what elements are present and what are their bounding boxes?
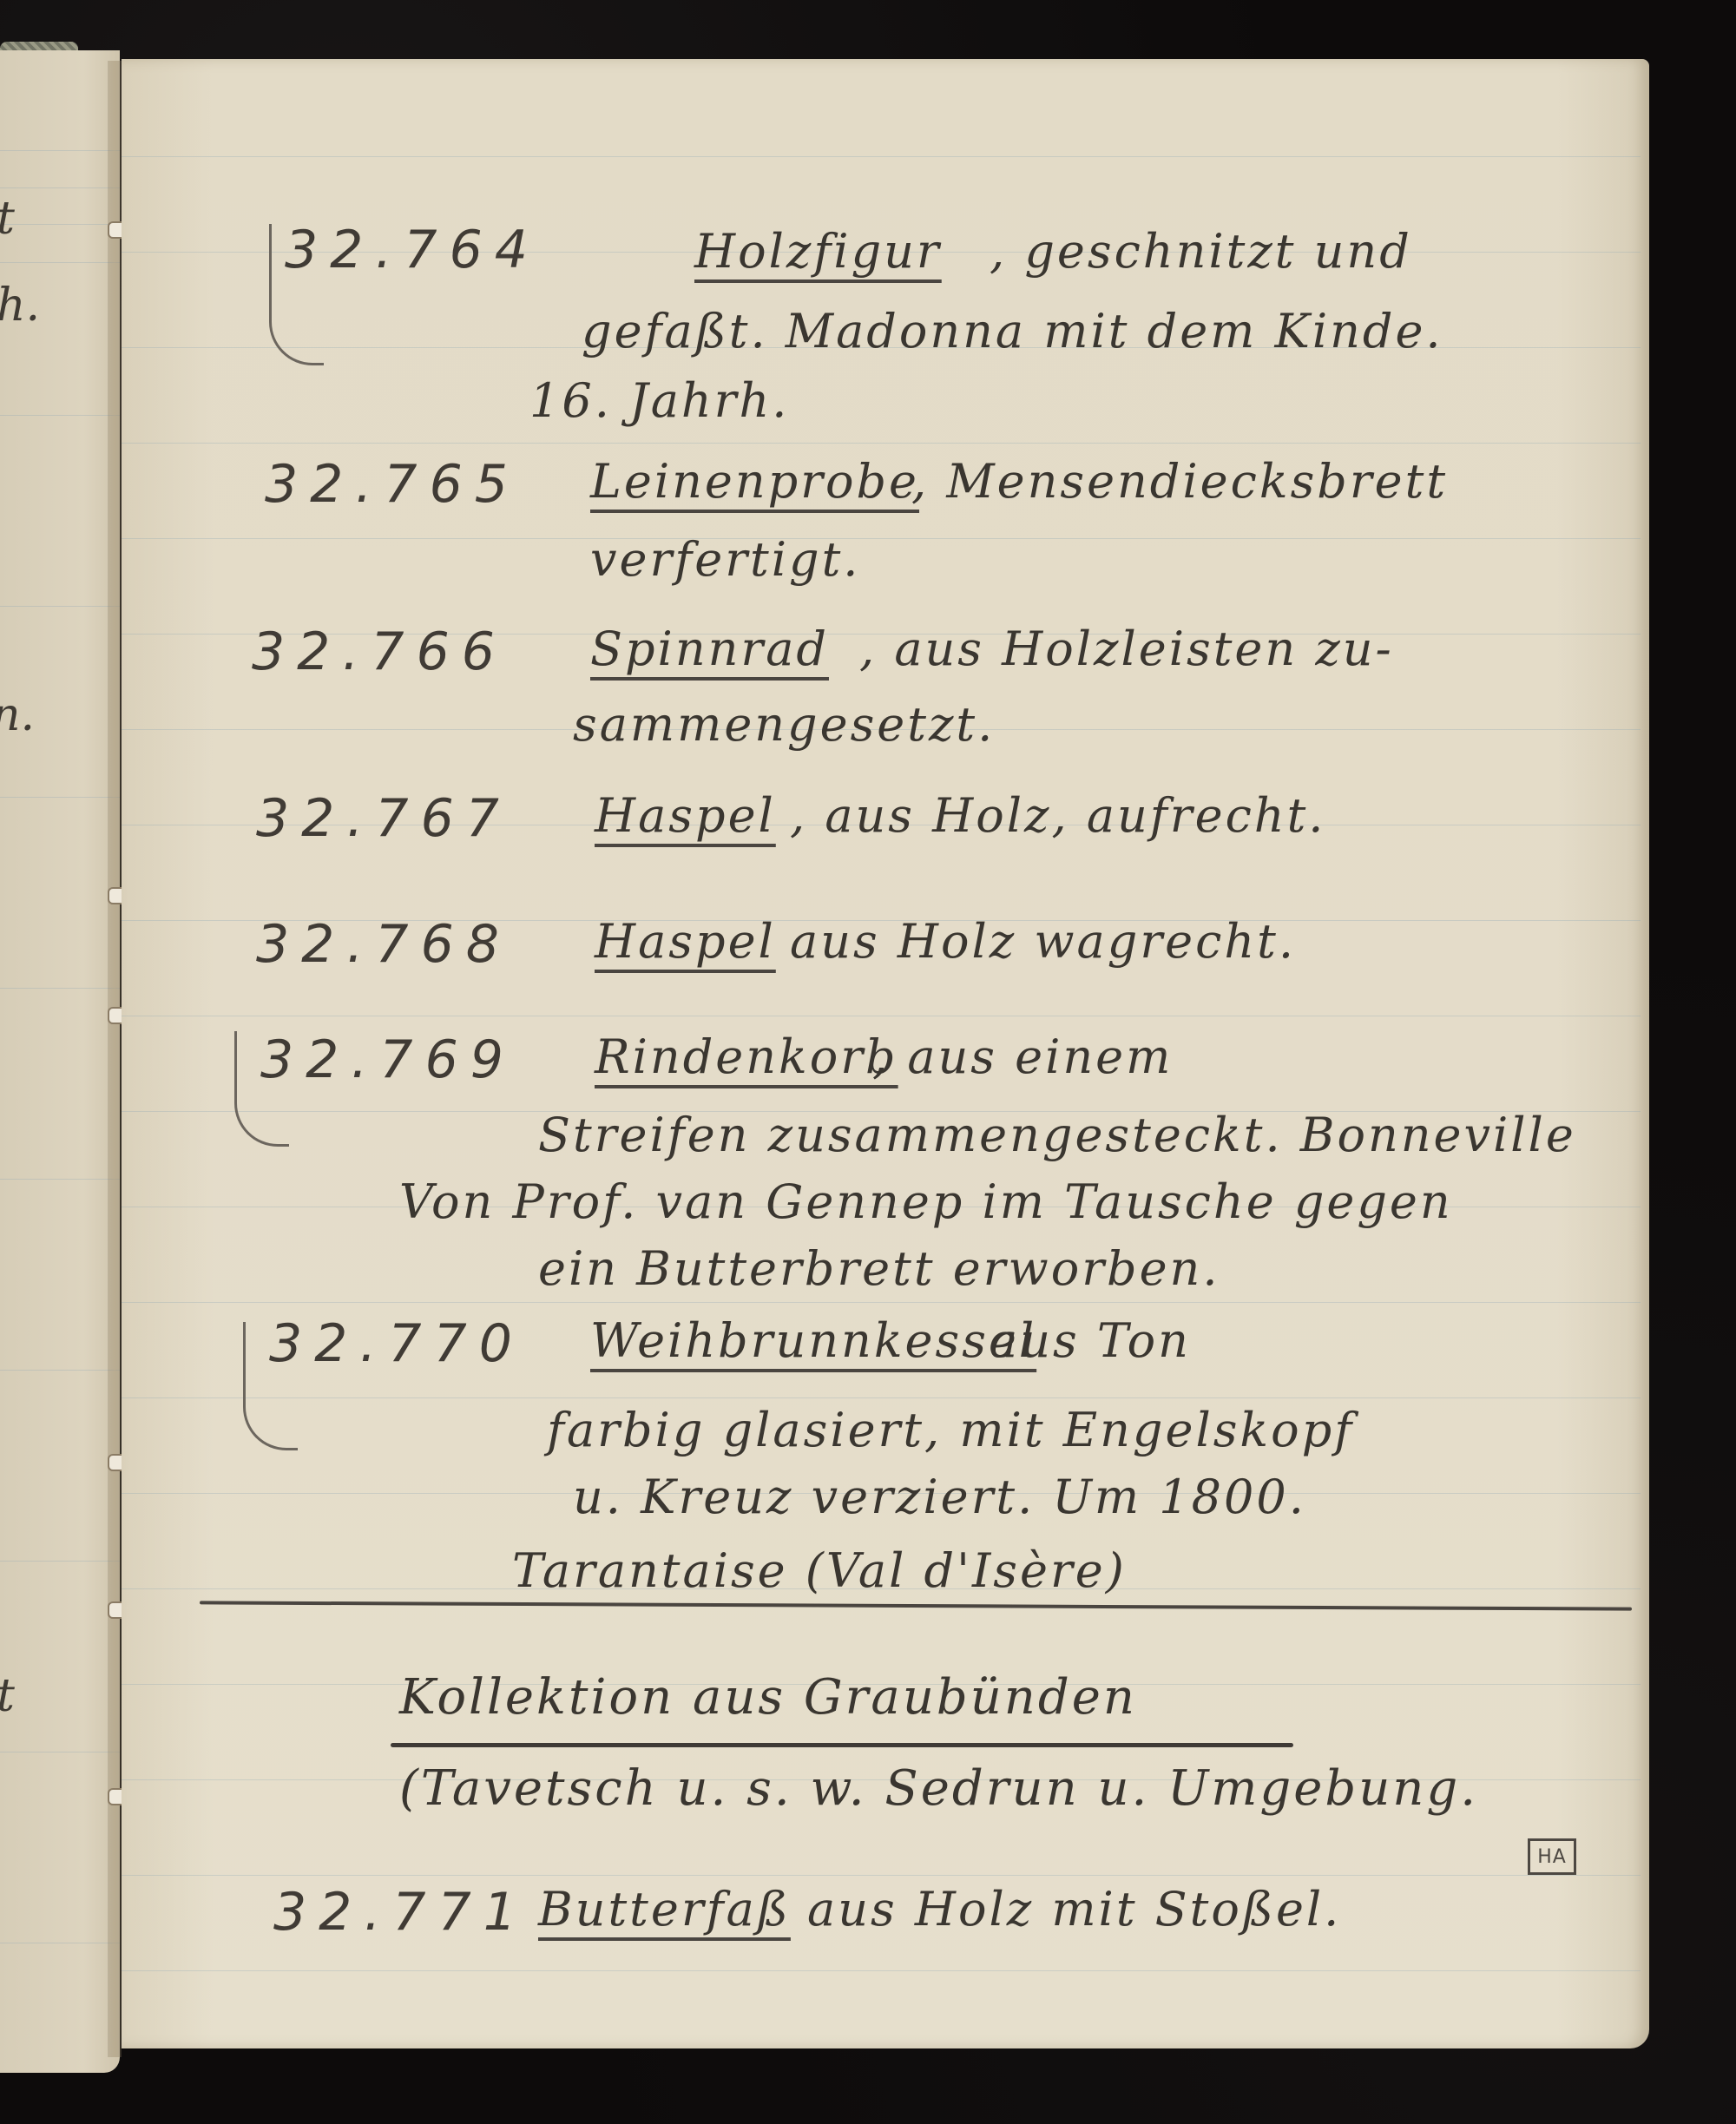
ruled-line <box>0 797 120 798</box>
section-subheading: (Tavetsch u. s. w. Sedrun u. Umgebung. <box>399 1760 1478 1817</box>
ruled-line <box>122 1302 1641 1303</box>
entry-number: 32.771 <box>273 1882 529 1943</box>
entry-number: 32.766 <box>252 621 507 682</box>
entry-number: 32.769 <box>260 1029 516 1090</box>
ruled-line <box>0 262 120 263</box>
ruled-line <box>122 1016 1641 1016</box>
section-heading-underline <box>391 1743 1293 1747</box>
entry-text: , Mensendiecksbrett <box>911 454 1448 509</box>
entry-text: aus Ton <box>990 1313 1191 1368</box>
entry-text: , geschnitzt und <box>990 224 1412 279</box>
entry-title: Holzfigur <box>694 224 942 279</box>
entry-text: Streifen zusammengesteckt. Bonneville <box>538 1108 1576 1162</box>
entry-text: verfertigt. <box>590 532 860 587</box>
ruled-line <box>0 988 120 989</box>
ruled-line <box>0 1561 120 1562</box>
ruled-line <box>122 1970 1641 1971</box>
ruled-line <box>122 156 1641 157</box>
ruled-line <box>0 150 120 151</box>
entry-title: Butterfaß <box>538 1882 791 1937</box>
ledger-page: 32.764 Holzfigur , geschnitzt und gefaßt… <box>122 59 1649 2048</box>
ruled-line <box>0 187 120 188</box>
section-heading: Kollektion aus Graubünden <box>399 1669 1137 1726</box>
ruled-line <box>122 1397 1641 1398</box>
entry-text: Tarantaise (Val d'Isère) <box>512 1543 1127 1598</box>
facing-page-fragment: t <box>0 196 15 241</box>
entry-text: u. Kreuz verziert. Um 1800. <box>573 1470 1306 1524</box>
entry-number: 32.764 <box>285 220 540 280</box>
entry-text: Von Prof. van Gennep im Tausche gegen <box>399 1174 1453 1229</box>
entry-title: Weihbrunnkessel <box>590 1313 1036 1368</box>
book-gutter <box>108 61 122 2057</box>
ruled-line <box>0 606 120 607</box>
ruled-line <box>122 443 1641 444</box>
section-divider <box>200 1601 1632 1610</box>
ha-stamp: HA <box>1528 1838 1576 1875</box>
ruled-line <box>0 1943 120 1943</box>
ruled-line <box>122 538 1641 539</box>
entry-number: 32.770 <box>269 1313 524 1374</box>
entry-title: Spinnrad <box>590 621 829 676</box>
entry-text: , aus Holz, aufrecht. <box>790 788 1325 843</box>
entry-title: Rindenkorb <box>595 1029 898 1084</box>
entry-text: ein Butterbrett erworben. <box>538 1241 1220 1296</box>
entry-number: 32.765 <box>265 454 520 515</box>
facing-page-fragment: t <box>0 1674 15 1719</box>
facing-page-fragment: h. <box>0 283 40 328</box>
entry-text: farbig glasiert, mit Engelskopf <box>547 1403 1354 1457</box>
entry-text: aus Holz mit Stoßel. <box>807 1882 1341 1937</box>
entry-number: 32.767 <box>256 788 511 849</box>
entry-text: sammengesetzt. <box>573 697 995 752</box>
entry-text: , aus einem <box>872 1029 1173 1084</box>
facing-page: t h. n. t <box>0 50 120 2073</box>
ruled-line <box>0 1179 120 1180</box>
entry-title: Haspel <box>595 914 776 969</box>
ruled-line <box>0 415 120 416</box>
entry-text: aus Holz wagrecht. <box>790 914 1296 969</box>
ruled-line <box>122 1875 1641 1876</box>
entry-number: 32.768 <box>256 914 511 975</box>
facing-page-fragment: n. <box>0 693 35 738</box>
entry-text: , aus Holzleisten zu- <box>859 621 1394 676</box>
entry-title: Leinenprobe <box>590 454 919 509</box>
entry-text: gefaßt. Madonna mit dem Kinde. <box>582 304 1443 358</box>
entry-text: 16. Jahrh. <box>529 373 789 428</box>
ruled-line <box>0 1370 120 1371</box>
ruled-line <box>0 1752 120 1752</box>
entry-title: Haspel <box>595 788 776 843</box>
ruled-line <box>0 224 120 225</box>
